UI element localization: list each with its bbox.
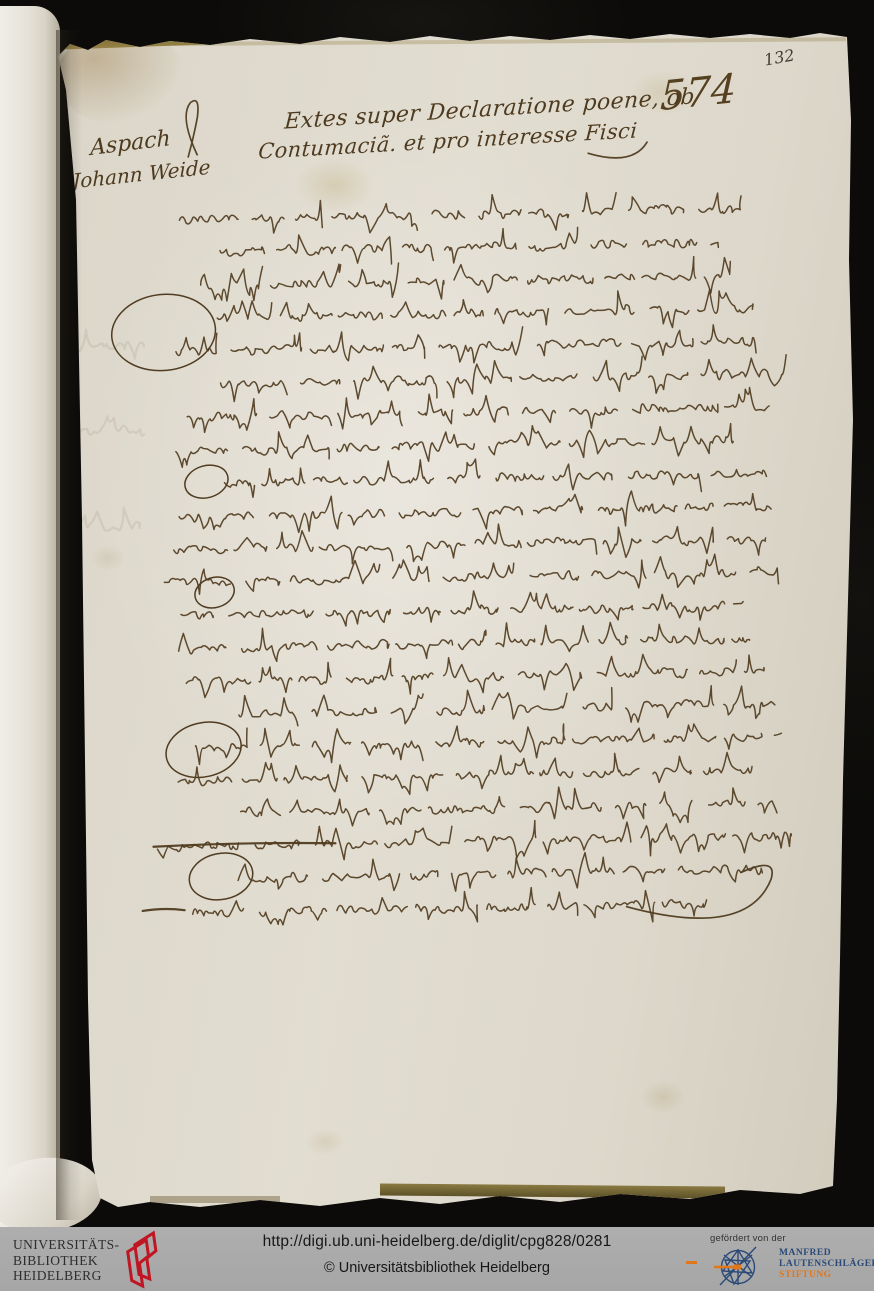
handwriting-stroke xyxy=(178,751,753,799)
footer-copyright: © Universitätsbibliothek Heidelberg xyxy=(217,1260,657,1276)
handwriting-stroke xyxy=(200,256,731,304)
handwriting-stroke xyxy=(181,586,744,630)
handwriting-stroke xyxy=(176,422,734,468)
stain xyxy=(295,158,375,213)
handwriting-stroke xyxy=(178,618,750,663)
handwriting-stroke xyxy=(239,684,776,729)
library-name-line2: BIBLIOTHEK xyxy=(13,1253,119,1269)
handwriting-stroke xyxy=(74,328,145,359)
handwriting-stroke xyxy=(153,842,335,847)
flourish-stroke xyxy=(160,715,246,785)
gutter-shadow xyxy=(56,30,82,1220)
footer-caption: http://digi.ub.uni-heidelberg.de/diglit/… xyxy=(217,1233,657,1276)
handwriting-stroke xyxy=(192,884,707,930)
handwriting-stroke xyxy=(626,865,773,919)
flourish-stroke xyxy=(108,289,219,376)
funder-name-line1: MANFRED xyxy=(779,1248,874,1259)
handwriting-stroke xyxy=(217,288,753,336)
handwriting-stroke xyxy=(157,816,792,866)
handwriting-stroke xyxy=(164,552,779,597)
handwriting-stroke xyxy=(240,783,777,831)
handwriting-stroke xyxy=(195,718,782,765)
pencil-foliation: 132 xyxy=(763,45,796,69)
handwriting-stroke xyxy=(220,224,719,267)
handwriting-stroke xyxy=(179,190,742,237)
handwriting-stroke xyxy=(186,101,199,157)
stain xyxy=(305,1128,345,1156)
manuscript-page: 132 574 Extes super Declaratione poene, … xyxy=(0,0,874,1291)
handwriting-stroke xyxy=(224,453,767,500)
dash-icon xyxy=(686,1261,697,1264)
digitized-manuscript-scan: 132 574 Extes super Declaratione poene, … xyxy=(0,0,874,1291)
left-page-edge xyxy=(0,6,60,1227)
handwriting-stroke xyxy=(176,322,757,368)
flourish-stroke xyxy=(191,573,238,613)
stain xyxy=(640,1080,686,1114)
handwriting-stroke xyxy=(179,488,772,535)
handwriting-stroke xyxy=(238,849,763,895)
library-name-line1: UNIVERSITÄTS- xyxy=(13,1237,119,1253)
flourish-stroke xyxy=(185,848,257,905)
handwriting-stroke xyxy=(187,387,770,436)
margin-note-line-1: Aspach xyxy=(90,126,171,161)
library-name-line3: HEIDELBERG xyxy=(13,1268,119,1284)
handwriting-body xyxy=(0,0,874,1291)
flourish-stroke xyxy=(181,460,232,503)
handwriting-stroke xyxy=(79,508,140,532)
handwriting-stroke xyxy=(79,416,144,437)
stain xyxy=(90,545,126,571)
funder-name-line3: STIFTUNG xyxy=(779,1270,874,1281)
library-name: UNIVERSITÄTS- BIBLIOTHEK HEIDELBERG xyxy=(13,1237,119,1284)
university-library-logo-icon xyxy=(112,1230,170,1290)
handwriting-stroke xyxy=(173,519,766,567)
handwriting-stroke xyxy=(220,354,787,402)
bottom-edge-sliver xyxy=(380,1183,725,1198)
funder-name-line2: LAUTENSCHLÄGER xyxy=(779,1259,874,1270)
funder-compass-logo-icon xyxy=(712,1243,762,1291)
footer-url: http://digi.ub.uni-heidelberg.de/diglit/… xyxy=(217,1233,657,1251)
handwriting-stroke xyxy=(143,909,185,911)
funder-name: MANFRED LAUTENSCHLÄGER STIFTUNG xyxy=(779,1248,874,1281)
handwriting-stroke xyxy=(186,651,765,698)
